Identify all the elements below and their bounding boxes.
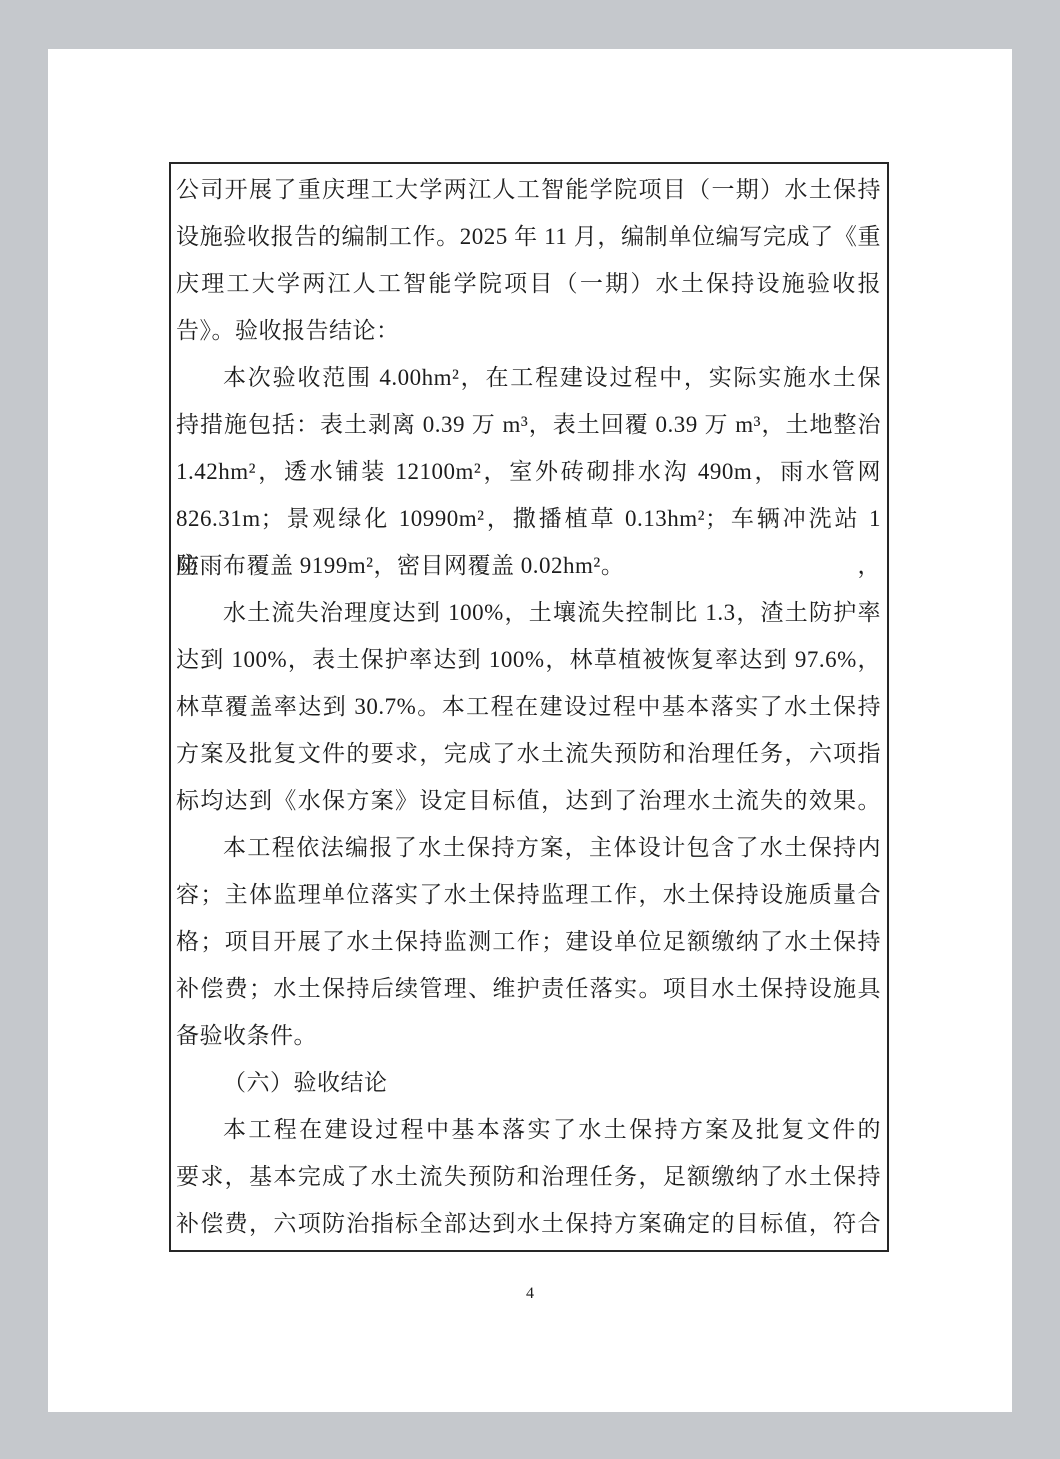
text-line: 水土流失治理度达到 100%，土壤流失控制比 1.3，渣土防护率 xyxy=(176,589,881,636)
text-line: 持措施包括：表土剥离 0.39 万 m³，表土回覆 0.39 万 m³，土地整治 xyxy=(176,401,881,448)
page-background: 公司开展了重庆理工大学两江人工智能学院项目（一期）水土保持设施验收报告的编制工作… xyxy=(0,0,1060,1459)
text-line: 方案及批复文件的要求，完成了水土流失预防和治理任务，六项指 xyxy=(176,730,881,777)
text-line: 备验收条件。 xyxy=(176,1012,881,1059)
text-line: 告》。验收报告结论： xyxy=(176,307,881,354)
text-line: 设施验收报告的编制工作。2025 年 11 月，编制单位编写完成了《重 xyxy=(176,213,881,260)
table-cell-border: 公司开展了重庆理工大学两江人工智能学院项目（一期）水土保持设施验收报告的编制工作… xyxy=(169,162,889,1252)
text-line: 容；主体监理单位落实了水土保持监理工作，水土保持设施质量合 xyxy=(176,871,881,918)
text-line: 林草覆盖率达到 30.7%。本工程在建设过程中基本落实了水土保持 xyxy=(176,683,881,730)
text-line: 庆理工大学两江人工智能学院项目（一期）水土保持设施验收报 xyxy=(176,260,881,307)
text-line: （六）验收结论 xyxy=(176,1059,881,1106)
text-line: 本工程在建设过程中基本落实了水土保持方案及批复文件的 xyxy=(176,1106,881,1153)
text-line: 标均达到《水保方案》设定目标值，达到了治理水土流失的效果。 xyxy=(176,777,881,824)
page-number: 4 xyxy=(48,1285,1012,1303)
text-line: 补偿费；水土保持后续管理、维护责任落实。项目水土保持设施具 xyxy=(176,965,881,1012)
text-line: 要求，基本完成了水土流失预防和治理任务，足额缴纳了水土保持 xyxy=(176,1153,881,1200)
text-line: 1.42hm²，透水铺装 12100m²，室外砖砌排水沟 490m，雨水管网 xyxy=(176,448,881,495)
document-page: 公司开展了重庆理工大学两江人工智能学院项目（一期）水土保持设施验收报告的编制工作… xyxy=(48,49,1012,1412)
text-line: 达到 100%，表土保护率达到 100%，林草植被恢复率达到 97.6%， xyxy=(176,636,881,683)
text-line: 本次验收范围 4.00hm²，在工程建设过程中，实际实施水土保 xyxy=(176,354,881,401)
text-line: 公司开展了重庆理工大学两江人工智能学院项目（一期）水土保持 xyxy=(176,166,881,213)
text-line: 本工程依法编报了水土保持方案，主体设计包含了水土保持内 xyxy=(176,824,881,871)
text-line: 826.31m；景观绿化 10990m²，撒播植草 0.13hm²；车辆冲洗站 … xyxy=(176,495,881,542)
text-line: 补偿费，六项防治指标全部达到水土保持方案确定的目标值，符合 xyxy=(176,1200,881,1247)
report-text-block: 公司开展了重庆理工大学两江人工智能学院项目（一期）水土保持设施验收报告的编制工作… xyxy=(176,166,881,1247)
text-line: 格；项目开展了水土保持监测工作；建设单位足额缴纳了水土保持 xyxy=(176,918,881,965)
